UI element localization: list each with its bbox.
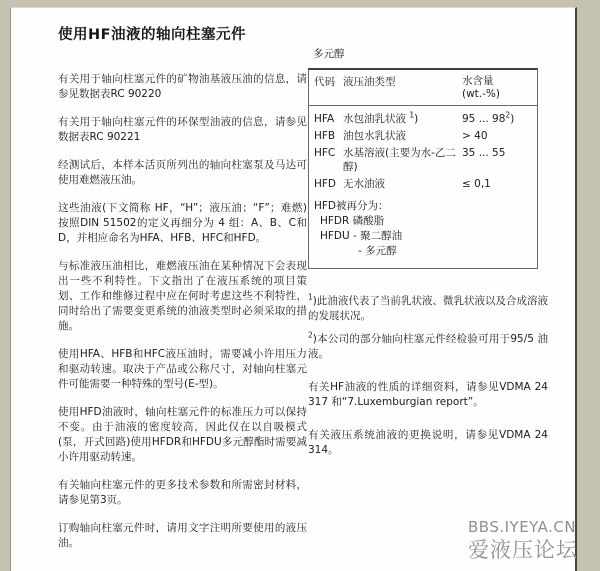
paragraph-mineral-oil-info: 有关用于轴向柱塞元件的矿物油基液压油的信息，请参见数据表RC 90220 (58, 72, 307, 102)
cell-water: 95 ... 982) (456, 112, 537, 126)
paragraph-eco-fluid-info: 有关用于轴向柱塞元件的环保型油液的信息，请参见数据表RC 90221 (58, 115, 307, 145)
cell-water-text: 35 ... 55 (462, 147, 505, 159)
watermark-site-url: BBS.IYEYA.CN (468, 517, 578, 537)
table-body: HFA 水包油乳状液 1) 95 ... 982) HFB 油包水乳状液 > 4… (309, 106, 537, 192)
paragraph-hf-definition: 这些油液(下文简称 HF，“H”；液压油；“F”；难燃)按照DIN 51502的… (58, 201, 307, 246)
paragraph-hfa-hfb-hfc-usage: 使用HFA、HFB和HFC液压油时，需要减小许用压力和驱动转速。取决于产品或公称… (58, 347, 307, 392)
table-continuation-label: 多元醇 (313, 46, 552, 61)
cell-type-text: 油包水乳状液 (343, 130, 406, 142)
paragraph-disadvantages: 与标准液压油相比，难燃液压油在某种情况下会表现出一些不利特性。下文指出了在液压系… (58, 259, 307, 334)
cell-code: HFC (314, 146, 343, 174)
cell-water-text: ≤ 0,1 (462, 178, 491, 190)
cell-type: 水基溶液(主要为水-乙二醇) (343, 146, 456, 174)
cell-type-text: 无水油液 (343, 178, 385, 190)
cell-type: 油包水乳状液 (343, 129, 456, 143)
footnote-1: 1)此油液代表了当前乳状液、微乳状液以及合成溶液的发展状况。 (308, 294, 548, 324)
cell-type: 无水油液 (343, 177, 456, 191)
cell-water-text: 95 ... 98 (462, 113, 505, 125)
cell-water: 35 ... 55 (456, 146, 537, 174)
document-page: 使用HF油液的轴向柱塞元件 有关用于轴向柱塞元件的矿物油基液压油的信息，请参见数… (10, 7, 577, 571)
hfd-subdivision-item: - 多元醇 (314, 244, 532, 259)
paragraph-more-tech-data: 有关轴向柱塞元件的更多技术参数和所需密封材料，请参见第3页。 (58, 478, 307, 508)
table-header-row: 代码 液压油类型 水含量 (wt.-%) (309, 70, 537, 106)
cell-type-text: 水包油乳状液 (343, 113, 409, 125)
hf-fluid-table: 代码 液压油类型 水含量 (wt.-%) HFA 水包油乳状液 1) 95 ..… (308, 68, 538, 269)
page-title: 使用HF油液的轴向柱塞元件 (58, 23, 307, 44)
footnote-text: )本公司的部分轴向柱塞元件经检验可用于95/5 油液。 (308, 333, 548, 360)
cell-code: HFA (314, 112, 343, 126)
right-column: 多元醇 代码 液压油类型 水含量 (wt.-%) HFA 水包油乳状液 1) 9… (308, 46, 552, 458)
table-row-hfd: HFD 无水油液 ≤ 0,1 (309, 175, 537, 192)
header-code: 代码 (314, 75, 343, 101)
note-vdma-24-314: 有关液压系统油液的更换说明，请参见VDMA 24 314。 (308, 428, 548, 458)
cell-code: HFD (314, 177, 343, 191)
paragraph-tested-fluids: 经测试后，本样本活页所列出的轴向柱塞泵及马达可使用难燃液压油。 (58, 158, 307, 188)
hfd-subdivision-item: HFDU - 聚二醇油 (314, 229, 532, 244)
watermark: BBS.IYEYA.CN 爱液压论坛 (468, 517, 578, 563)
cell-water: ≤ 0,1 (456, 177, 537, 191)
cell-code: HFB (314, 129, 343, 143)
table-row-hfa: HFA 水包油乳状液 1) 95 ... 982) (309, 110, 537, 127)
cell-type-text: 水基溶液(主要为水-乙二醇) (343, 147, 456, 173)
cell-water: > 40 (456, 129, 537, 143)
cell-water-close: ) (510, 113, 514, 125)
hfd-subdivision-item: HFDR 磷酸脂 (314, 214, 532, 229)
footnote-text: )此油液代表了当前乳状液、微乳状液以及合成溶液的发展状况。 (308, 295, 548, 322)
footnote-2: 2)本公司的部分轴向柱塞元件经检验可用于95/5 油液。 (308, 332, 548, 362)
paragraph-ordering-note: 订购轴向柱塞元件时，请用文字注明所要使用的液压油。 (58, 521, 307, 551)
paragraph-hfd-usage: 使用HFD油液时，轴向柱塞元件的标准压力可以保持不变。由于油液的密度较高，因此仅… (58, 405, 307, 465)
header-fluid-type: 液压油类型 (343, 75, 456, 101)
table-row-hfb: HFB 油包水乳状液 > 40 (309, 127, 537, 144)
table-row-hfc: HFC 水基溶液(主要为水-乙二醇) 35 ... 55 (309, 144, 537, 175)
cell-type: 水包油乳状液 1) (343, 112, 456, 126)
hfd-subdivision: HFD被再分为： HFDR 磷酸脂 HFDU - 聚二醇油 - 多元醇 (309, 192, 537, 268)
cell-type-close: ) (414, 113, 418, 125)
header-water-label: 水含量 (462, 75, 537, 88)
header-water-content: 水含量 (wt.-%) (456, 75, 537, 101)
note-vdma-24-317: 有关HF油液的性质的详细资料，请参见VDMA 24 317 和“7.Luxemb… (308, 380, 548, 410)
watermark-site-name: 爱液压论坛 (468, 537, 578, 563)
cell-water-text: > 40 (462, 130, 488, 142)
hfd-subdivision-intro: HFD被再分为： (314, 199, 532, 214)
header-water-unit: (wt.-%) (462, 88, 537, 101)
left-column: 使用HF油液的轴向柱塞元件 有关用于轴向柱塞元件的矿物油基液压油的信息，请参见数… (58, 23, 307, 564)
